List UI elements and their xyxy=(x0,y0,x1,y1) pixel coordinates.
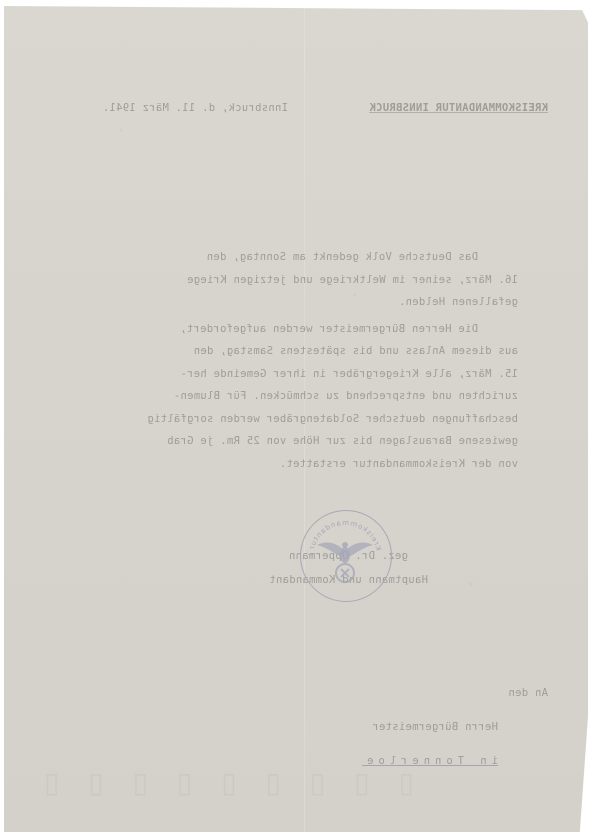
document-page: ▯ ▯ ▯ ▯ ▯ ▯ ▯ ▯ ▯ KREISKOMMANDANTUR INNS… xyxy=(4,6,588,832)
mirrored-content: KREISKOMMANDANTUR INNSBRUCK Innsbruck, d… xyxy=(4,6,588,832)
body-line: gewiesene Barauslagen bis zur Höhe von 2… xyxy=(98,430,518,453)
letter-body: Das Deutsche Volk gedenkt am Sonntag, de… xyxy=(98,246,518,479)
body-line: zurichten und entsprechend zu schmücken.… xyxy=(98,385,518,408)
body-line: beschaffungen deutscher Soldatengräber w… xyxy=(98,408,518,431)
paragraph-2: Die Herren Bürgermeister werden aufgefor… xyxy=(98,318,518,476)
body-line: gefallenen Helden. xyxy=(98,291,518,314)
body-line: von der Kreiskommandantur erstattet. xyxy=(98,453,518,476)
recipient-block: An den Herrn Bürgermeister in Tonnerloe xyxy=(362,676,558,778)
eagle-emblem-icon: Kreiskommandantur I 601 xyxy=(299,511,391,603)
official-stamp: Kreiskommandantur I 601 xyxy=(300,510,392,602)
body-line: 16. März, seiner im Weltkriege und jetzi… xyxy=(98,269,518,292)
recipient-salutation: An den xyxy=(362,676,558,710)
recipient-addressee: Herrn Bürgermeister xyxy=(362,710,558,744)
body-line: Die Herren Bürgermeister werden aufgefor… xyxy=(98,318,518,341)
body-line: 15. März, alle Kriegergräber in ihrer Ge… xyxy=(98,363,518,386)
letter-place-date: Innsbruck, d. 11. März 1941. xyxy=(103,102,288,114)
body-line: aus diesem Anlass und bis spätestens Sam… xyxy=(98,340,518,363)
recipient-location: in Tonnerloe xyxy=(362,744,558,778)
letterhead-organization: KREISKOMMANDANTUR INNSBRUCK xyxy=(369,102,548,114)
paragraph-1: Das Deutsche Volk gedenkt am Sonntag, de… xyxy=(98,246,518,314)
body-line: Das Deutsche Volk gedenkt am Sonntag, de… xyxy=(98,246,518,269)
